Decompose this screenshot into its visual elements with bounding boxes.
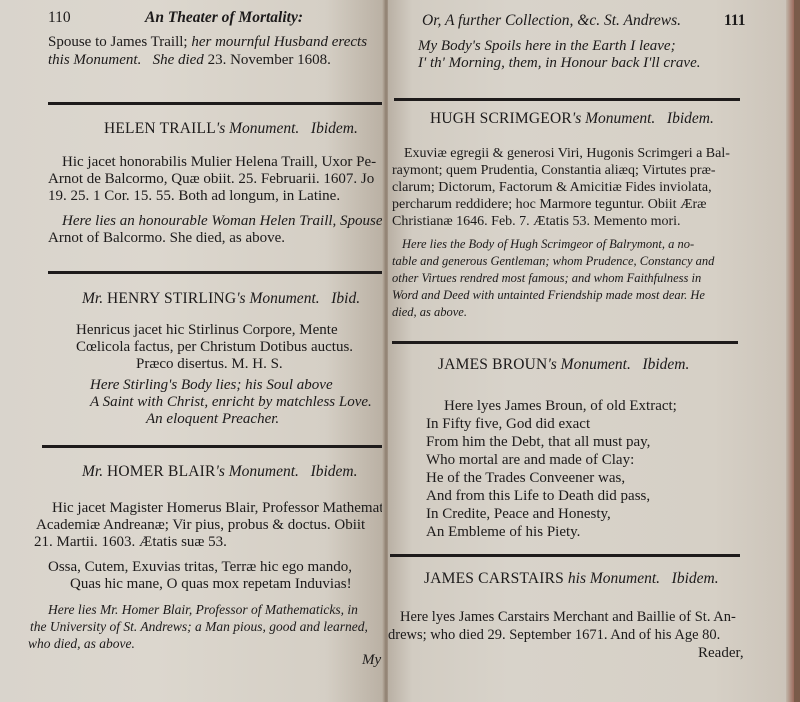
section-divider [48, 271, 384, 274]
continuation-line: My Body's Spoils here in the Earth I lea… [418, 38, 676, 55]
latin-line: Christianæ 1646. Feb. 7. Ætatis 53. Meme… [392, 213, 681, 230]
english-line: An eloquent Preacher. [146, 411, 279, 428]
heading-rest: his Monument. [564, 570, 660, 587]
section-heading-hugh-scrimgeor: HUGH SCRIMGEOR's Monument. Ibidem. [430, 110, 714, 128]
page-number: 110 [48, 9, 71, 27]
heading-place: Ibidem. [311, 463, 358, 480]
verse-line: An Embleme of his Piety. [426, 524, 580, 541]
english-line: Here Stirling's Body lies; his Soul abov… [90, 377, 333, 394]
english-line: table and generous Gentleman; whom Prude… [392, 253, 714, 270]
continuation-line-1: Spouse to James Traill; her mournful Hus… [48, 34, 367, 51]
section-divider [394, 98, 740, 101]
verse-line: In Fifty five, God did exact [426, 416, 590, 433]
latin-line: Hic jacet Magister Homerus Blair, Profes… [52, 500, 384, 517]
heading-place: Ibidem. [642, 356, 689, 373]
text: 23. November 1608. [208, 52, 331, 68]
verse-line: And from this Life to Death did pass, [426, 488, 650, 505]
heading-name: HENRY STIRLING [107, 290, 236, 307]
latin-line: Cœlicola factus, per Christum Dotibus au… [76, 339, 353, 356]
verse-line: Ossa, Cutem, Exuvias tritas, Terræ hic e… [48, 559, 352, 576]
heading-name: HOMER BLAIR [107, 463, 216, 480]
english-line: Word and Deed with untainted Friendship … [392, 287, 705, 304]
english-line: Here lies the Body of Hugh Scrimgeor of … [402, 236, 694, 253]
heading-place: Ibidem. [311, 120, 358, 137]
page-edge [786, 0, 794, 702]
section-heading-james-broun: JAMES BROUN's Monument. Ibidem. [438, 356, 689, 374]
section-divider [42, 445, 382, 448]
english-line: Here lies an honourable Woman Helen Trai… [62, 213, 384, 230]
verse-line: He of the Trades Conveener was, [426, 470, 625, 487]
heading-place: Ibidem. [667, 110, 714, 127]
verse-line: Who mortal are and made of Clay: [426, 452, 634, 469]
catchword: Reader, [698, 645, 744, 662]
heading-prefix: Mr. [82, 463, 103, 480]
section-divider [48, 102, 384, 105]
english-line: who died, as above. [28, 635, 135, 652]
section-heading-homer-blair: Mr. HOMER BLAIR's Monument. Ibidem. [82, 463, 357, 481]
left-page: 110 An Theater of Mortality: Spouse to J… [0, 0, 384, 702]
english-line: Here lies Mr. Homer Blair, Professor of … [48, 601, 358, 618]
latin-line: Exuviæ egregii & generosi Viri, Hugonis … [404, 145, 730, 162]
heading-name: HELEN TRAILL [104, 120, 216, 137]
heading-prefix: Mr. [82, 290, 103, 307]
text: her mournful Husband erects [188, 34, 367, 50]
english-line: A Saint with Christ, enricht by matchles… [90, 394, 372, 411]
book-spread: 110 An Theater of Mortality: Spouse to J… [0, 0, 800, 702]
section-divider [390, 554, 740, 557]
running-head: An Theater of Mortality: [145, 9, 303, 27]
english-line: drews; who died 29. September 1671. And … [388, 627, 720, 644]
right-page: Or, A further Collection, &c. St. Andrew… [388, 0, 794, 702]
latin-line: 19. 25. 1 Cor. 15. 55. Both ad longum, i… [48, 188, 340, 205]
text: She died [153, 52, 204, 68]
heading-name: JAMES CARSTAIRS [424, 570, 564, 587]
verse-line: From him the Debt, that all must pay, [426, 434, 650, 451]
page-number: 111 [724, 12, 746, 30]
english-line: the University of St. Andrews; a Man pio… [30, 618, 368, 635]
heading-name: JAMES BROUN [438, 356, 547, 373]
catchword: My [362, 652, 381, 669]
english-line: died, as above. [392, 304, 467, 321]
heading-rest: 's Monument. [236, 290, 319, 307]
heading-rest: 's Monument. [547, 356, 630, 373]
verse-line: In Credite, Peace and Honesty, [426, 506, 611, 523]
heading-place: Ibid. [331, 290, 360, 307]
running-head: Or, A further Collection, &c. St. Andrew… [422, 12, 681, 30]
latin-line: 21. Martii. 1603. Ætatis suæ 53. [34, 534, 227, 551]
section-heading-james-carstairs: JAMES CARSTAIRS his Monument. Ibidem. [424, 570, 719, 588]
text: Spouse to James Traill; [48, 34, 188, 50]
text: this Monument. [48, 52, 141, 68]
english-line: Here lyes James Carstairs Merchant and B… [400, 609, 736, 626]
continuation-line: I' th' Morning, them, in Honour back I'l… [418, 55, 701, 72]
latin-line: Hic jacet honorabilis Mulier Helena Trai… [62, 154, 376, 171]
heading-rest: 's Monument. [572, 110, 655, 127]
continuation-line-2: this Monument. She died 23. November 160… [48, 52, 331, 69]
latin-line: raymont; quem Prudentia, Constantia aliæ… [392, 162, 716, 179]
english-line: other Virtues rendred most famous; and w… [392, 270, 701, 287]
verse-line: Here lyes James Broun, of old Extract; [444, 398, 677, 415]
heading-name: HUGH SCRIMGEOR [430, 110, 572, 127]
english-line: Arnot of Balcormo. She died, as above. [48, 230, 285, 247]
latin-line: Arnot de Balcormo, Quæ obiit. 25. Februa… [48, 171, 374, 188]
latin-line: Præco disertus. M. H. S. [136, 356, 283, 373]
heading-rest: 's Monument. [216, 463, 299, 480]
latin-line: Henricus jacet hic Stirlinus Corpore, Me… [76, 322, 338, 339]
heading-rest: 's Monument. [216, 120, 299, 137]
section-heading-henry-stirling: Mr. HENRY STIRLING's Monument. Ibid. [82, 290, 360, 308]
section-divider [392, 341, 738, 344]
latin-line: Academiæ Andreanæ; Vir pius, probus & do… [36, 517, 365, 534]
latin-line: percharum reddidere; hoc Marmore teguntu… [392, 196, 707, 213]
section-heading-helen-traill: HELEN TRAILL's Monument. Ibidem. [104, 120, 358, 138]
latin-line: clarum; Dictorum, Factorum & Amicitiæ Fi… [392, 179, 712, 196]
verse-line: Quas hic mane, O quas mox repetam Induvi… [70, 576, 352, 593]
heading-place: Ibidem. [672, 570, 719, 587]
